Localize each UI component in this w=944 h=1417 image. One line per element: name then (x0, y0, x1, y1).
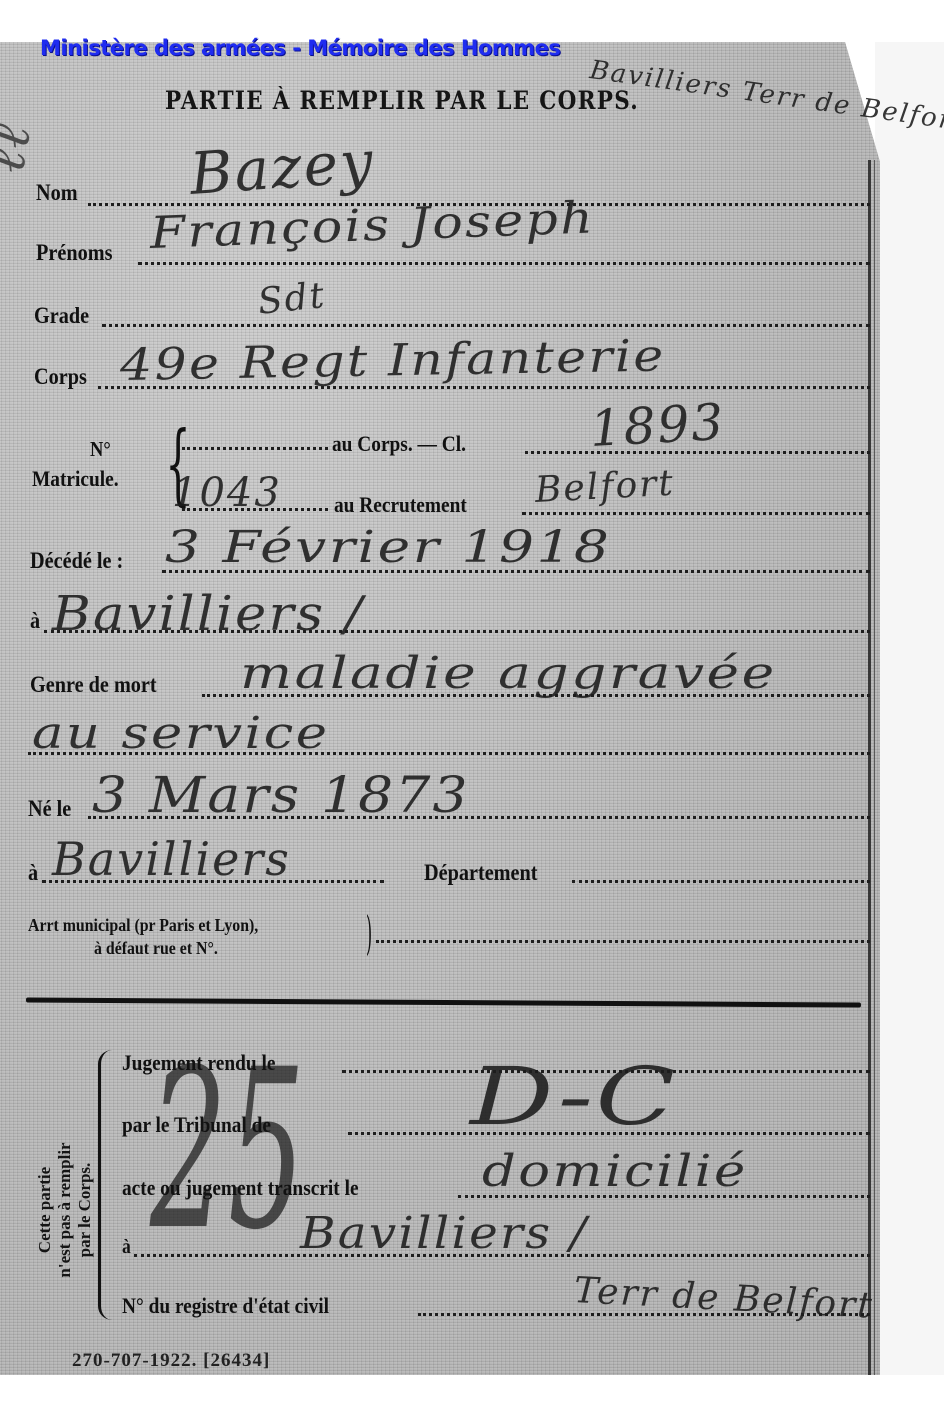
departement-label: Département (424, 860, 538, 886)
prenoms-line (138, 262, 870, 265)
nom-value: Bazey (188, 127, 377, 208)
tribunal-label: par le Tribunal de (122, 1112, 271, 1138)
genre-de-mort-label: Genre de mort (30, 672, 157, 698)
au-recrutement-label: au Recrutement (334, 492, 467, 518)
transcrit-a-label: à (122, 1236, 131, 1259)
ne-a-value: Bavilliers (52, 832, 291, 886)
corps-label: Corps (34, 364, 87, 390)
side-note-line: n'est pas à remplir (55, 1142, 75, 1277)
au-corps-label: au Corps. — Cl. (332, 431, 466, 457)
matricule-label-no: N° (90, 437, 111, 462)
decede-a-value: Bavilliers / (52, 586, 364, 642)
ne-le-value: 3 Mars 1873 (92, 766, 470, 824)
side-note-line: par le Corps. (75, 1142, 95, 1277)
form-heading: PARTIE À REMPLIR PAR LE CORPS. (165, 86, 639, 115)
departement-line (572, 880, 870, 883)
ne-le-label: Né le (28, 796, 71, 822)
arrondissement-label-2: à défaut rue et N°. (94, 938, 218, 959)
arrondissement-brace: ) (366, 910, 372, 956)
side-note-line: Cette partie (35, 1142, 55, 1277)
decede-le-label: Décédé le : (30, 548, 123, 574)
page-margin (875, 42, 944, 1375)
arrondissement-label: Arrt municipal (pr Paris et Lyon), (28, 915, 258, 936)
registre-label: N° du registre d'état civil (122, 1293, 329, 1319)
side-brace (98, 1050, 115, 1320)
matricule-label: Matricule. (32, 466, 119, 492)
grade-value: Sdt (256, 275, 328, 323)
decede-a-label: à (30, 608, 40, 634)
recrutement-value: Belfort (534, 463, 676, 511)
decede-le-value: 3 Février 1918 (165, 522, 611, 573)
genre-de-mort-value: maladie aggravée (240, 648, 777, 699)
transcrit-a-value: Bavilliers / (300, 1208, 588, 1259)
form-code: 270-707-1922. [26434] (72, 1350, 270, 1372)
grade-label: Grade (34, 303, 89, 329)
arrondissement-line (376, 940, 870, 943)
grade-line (102, 324, 870, 327)
jugement-rendu-label: Jugement rendu le (122, 1050, 275, 1076)
corps-value: 49e Regt Infanterie (120, 330, 666, 391)
transcrit-label: acte ou jugement transcrit le (122, 1175, 359, 1201)
matricule-number-value: 1043 (172, 470, 282, 516)
nom-label: Nom (36, 180, 78, 206)
transcrit-value: domicilié (482, 1146, 748, 1197)
classe-value: 1893 (588, 393, 726, 458)
recrutement-line (522, 512, 870, 515)
jugement-rendu-value: D-C (470, 1050, 678, 1143)
side-note: Cette partie n'est pas à remplir par le … (20, 1100, 110, 1320)
border-rule (868, 160, 871, 1375)
genre-de-mort-value-2: au service (32, 708, 329, 759)
border-rule (874, 160, 875, 1375)
tribunal-line (348, 1132, 870, 1135)
ne-a-label: à (28, 860, 38, 886)
archive-watermark: Ministère des armées - Mémoire des Homme… (40, 36, 560, 60)
corps-number-line (182, 447, 328, 450)
prenoms-label: Prénoms (36, 240, 112, 266)
